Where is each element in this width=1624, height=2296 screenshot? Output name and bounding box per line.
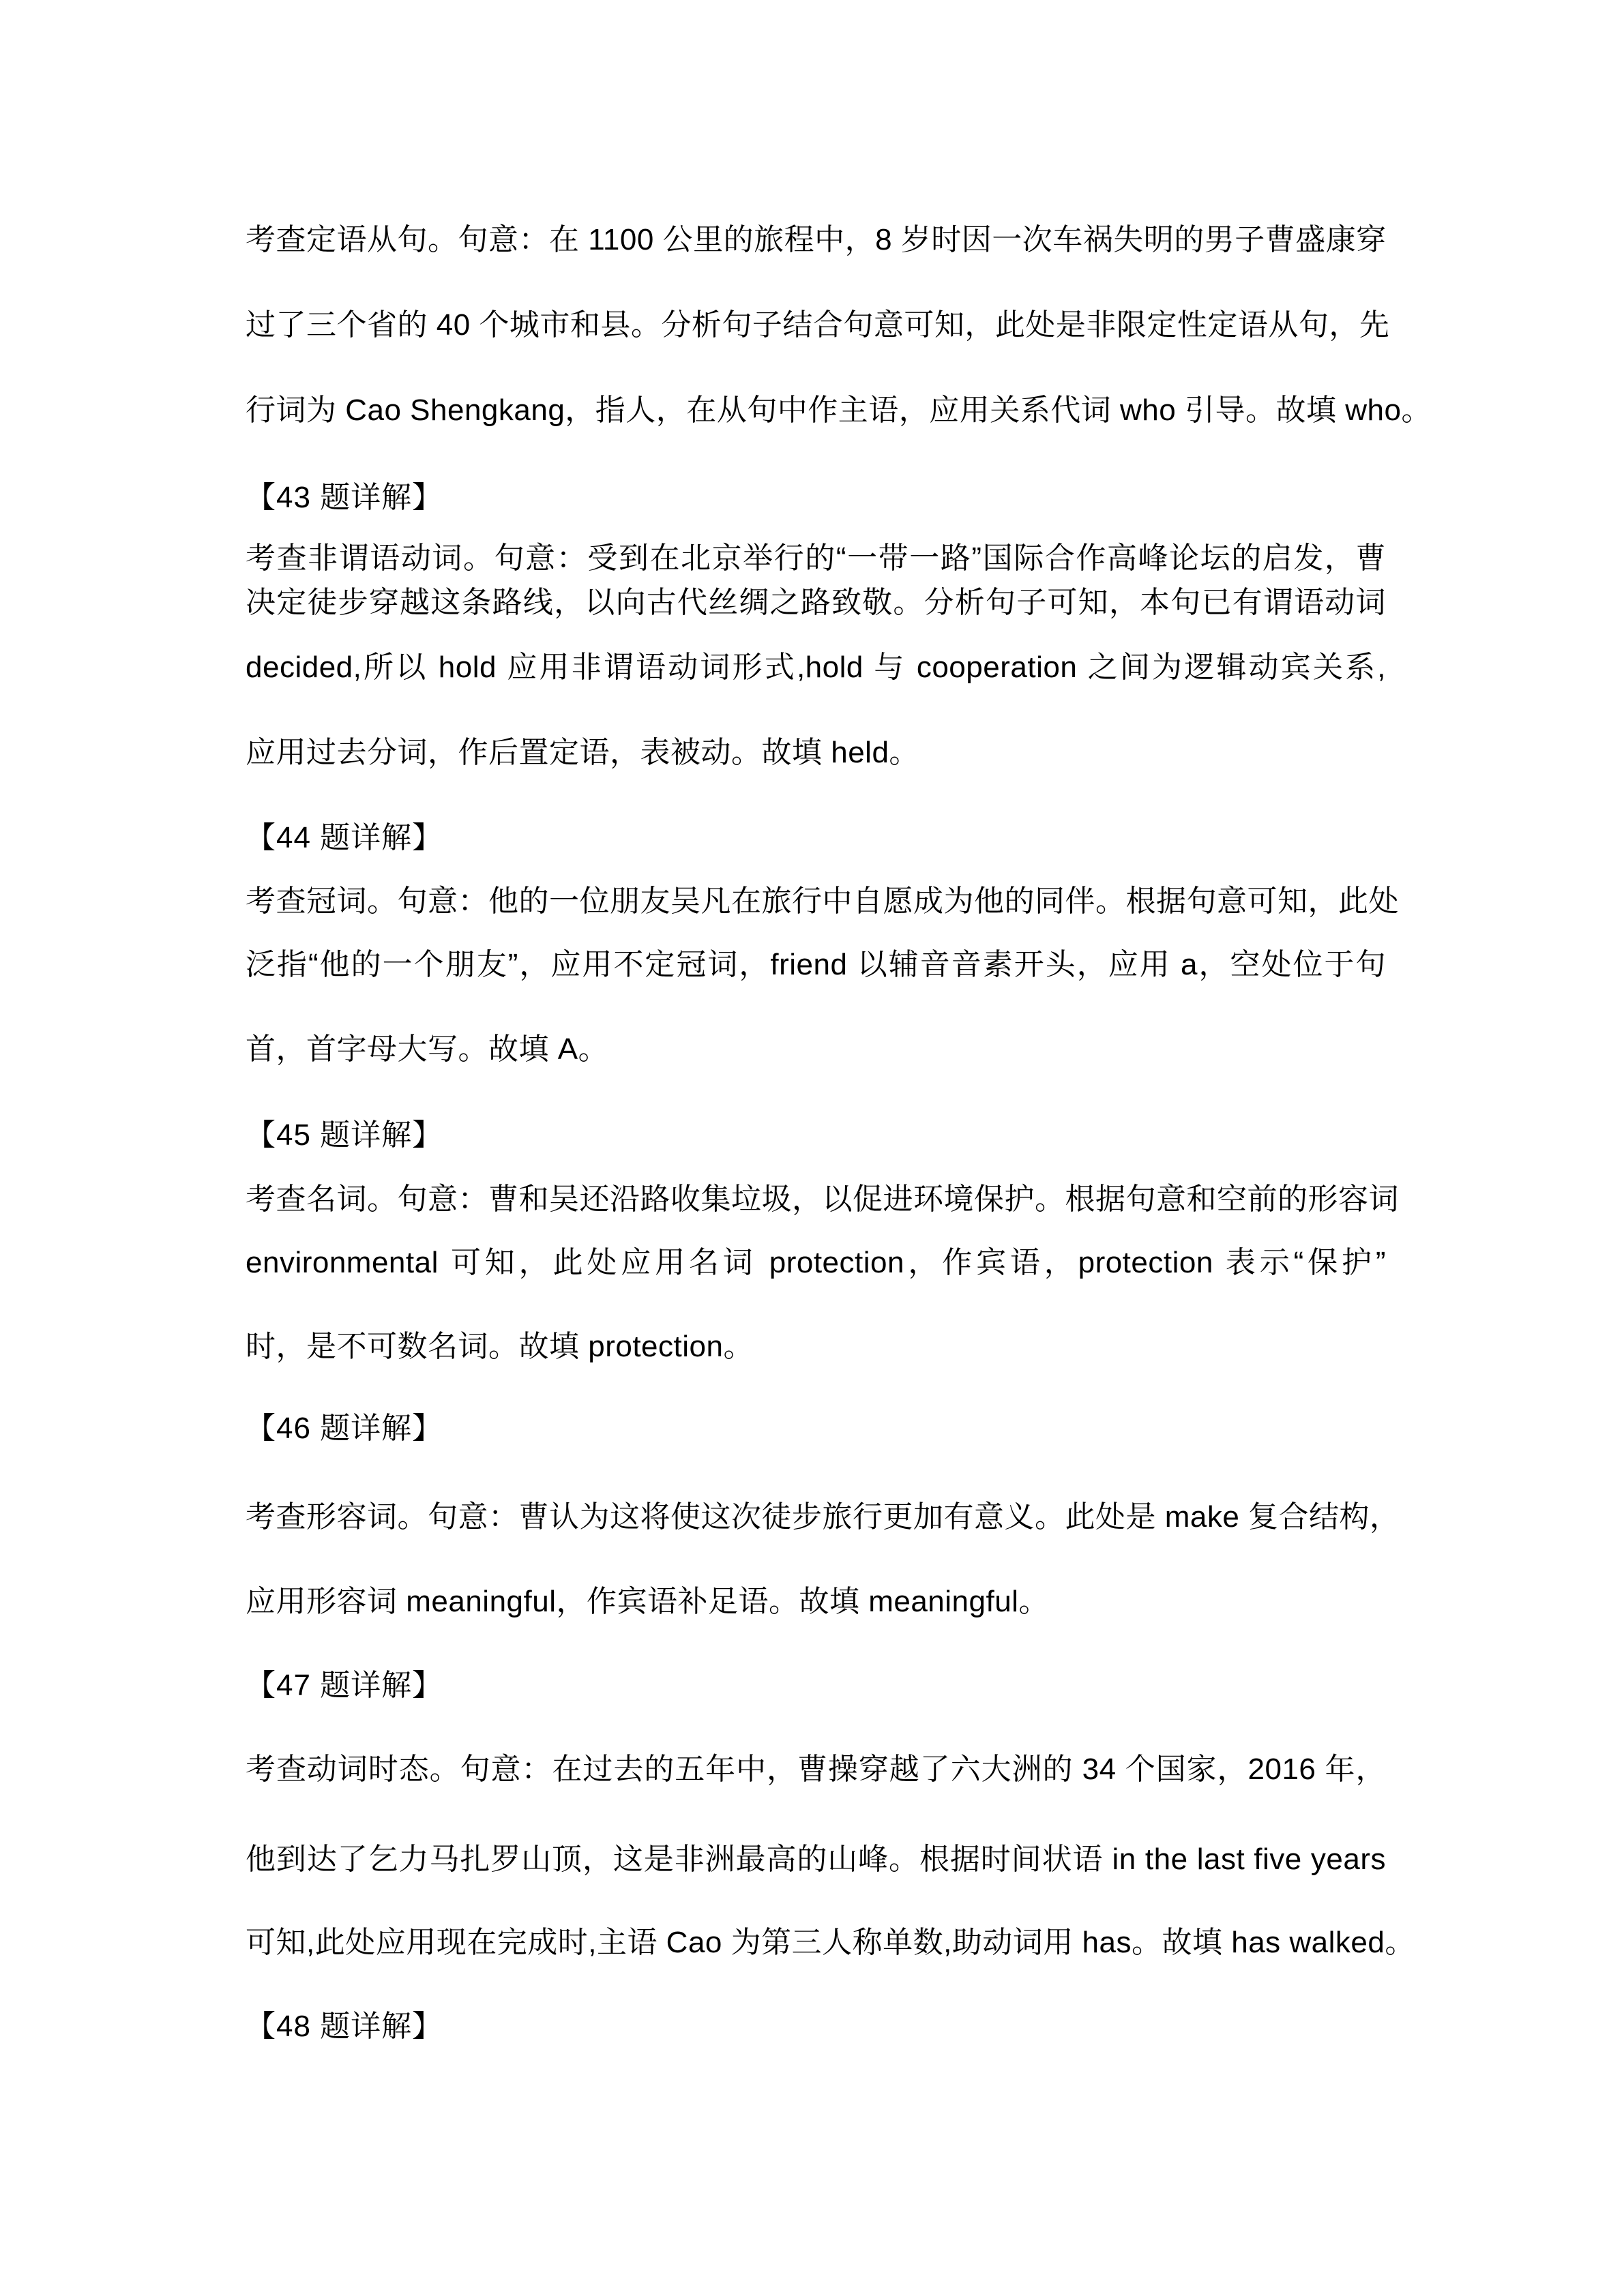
text-line: 他到达了乞力马扎罗山顶，这是非洲最高的山峰。根据时间状语 in the last… <box>246 1842 1386 1877</box>
text-line: 可知,此处应用现在完成时,主语 Cao 为第三人称单数,助动词用 has。故填 … <box>246 1925 1386 1960</box>
text-line: 应用形容词 meaningful，作宾语补足语。故填 meaningful。 <box>246 1584 1386 1620</box>
text-line: 考查定语从句。句意：在 1100 公里的旅程中，8 岁时因一次车祸失明的男子曹盛… <box>246 222 1386 258</box>
text-line: 考查非谓语动词。句意：受到在北京举行的“一带一路”国际合作高峰论坛的启发，曹 <box>246 541 1386 576</box>
question-heading-48: 【48 题详解】 <box>246 2009 1386 2044</box>
text-line: 考查动词时态。句意：在过去的五年中，曹操穿越了六大洲的 34 个国家，2016 … <box>246 1752 1386 1787</box>
text-line: 过了三个省的 40 个城市和县。分析句子结合句意可知，此处是非限定性定语从句，先 <box>246 308 1386 343</box>
text-line: decided,所以 hold 应用非谓语动词形式,hold 与 coopera… <box>246 650 1386 685</box>
text-line: 行词为 Cao Shengkang，指人，在从句中作主语，应用关系代词 who … <box>246 393 1386 428</box>
question-heading-43: 【43 题详解】 <box>246 480 1386 516</box>
text-line: 考查形容词。句意：曹认为这将使这次徒步旅行更加有意义。此处是 make 复合结构… <box>246 1500 1386 1535</box>
text-line: 应用过去分词，作后置定语，表被动。故填 held。 <box>246 735 1386 771</box>
question-heading-45: 【45 题详解】 <box>246 1118 1386 1153</box>
text-line: environmental 可知，此处应用名词 protection，作宾语，p… <box>246 1245 1386 1281</box>
text-line: 考查名词。句意：曹和吴还沿路收集垃圾，以促进环境保护。根据句意和空前的形容词 <box>246 1182 1386 1217</box>
text-line: 考查冠词。句意：他的一位朋友吴凡在旅行中自愿成为他的同伴。根据句意可知，此处 <box>246 884 1386 919</box>
text-line: 时，是不可数名词。故填 protection。 <box>246 1329 1386 1365</box>
question-heading-44: 【44 题详解】 <box>246 820 1386 856</box>
text-line: 决定徒步穿越这条路线，以向古代丝绸之路致敬。分析句子可知，本句已有谓语动词 <box>246 585 1386 621</box>
text-line: 首，首字母大写。故填 A。 <box>246 1032 1386 1067</box>
text-line: 泛指“他的一个朋友”，应用不定冠词，friend 以辅音音素开头，应用 a，空处… <box>246 947 1386 983</box>
document-page: 考查定语从句。句意：在 1100 公里的旅程中，8 岁时因一次车祸失明的男子曹盛… <box>0 0 1624 2296</box>
question-heading-47: 【47 题详解】 <box>246 1668 1386 1703</box>
question-heading-46: 【46 题详解】 <box>246 1411 1386 1446</box>
